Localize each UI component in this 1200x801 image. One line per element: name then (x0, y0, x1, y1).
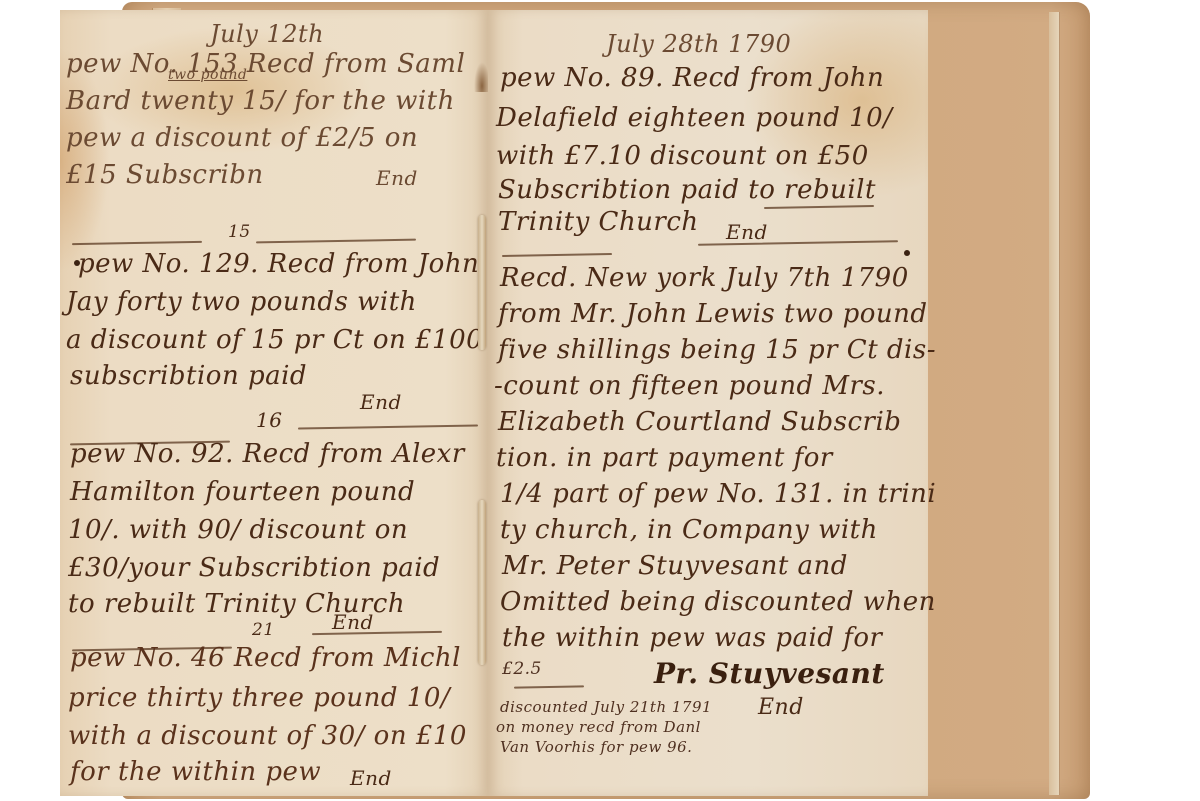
note-line: on money recd from Danl (496, 718, 701, 736)
entry-line: ty church, in Company with (500, 514, 878, 546)
separator-rule (514, 685, 584, 688)
entry-line: £15 Subscribn (66, 159, 264, 191)
entry-line: subscribtion paid (70, 360, 307, 392)
entry-line: from Mr. John Lewis two pound (498, 298, 928, 330)
entry-line: Jay forty two pounds with (66, 286, 417, 318)
entry-line: Subscribtion paid to rebuilt (498, 174, 876, 206)
separator-rule (256, 239, 416, 244)
entry-line: Elizabeth Courtland Subscrib (498, 406, 901, 438)
end-mark: End (758, 692, 804, 724)
right-page: July 28th 1790 pew No. 89. Recd from Joh… (488, 10, 928, 796)
entry-number: 16 (256, 408, 282, 432)
entry-line: £30/your Subscribtion paid (68, 552, 440, 584)
binding-stitch (478, 215, 486, 350)
entry-line: pew No. 153 Recd from Saml (66, 48, 465, 80)
right-page-heading: July 28th 1790 (606, 28, 791, 60)
left-page-heading: July 12th (210, 18, 324, 50)
entry-line: pew No. 129. Recd from John (78, 248, 479, 280)
entry-line: five shillings being 15 pr Ct dis- (498, 334, 936, 366)
entry-line: pew No. 46 Recd from Michl (70, 642, 461, 674)
entry-line: pew No. 92. Recd from Alexr (70, 438, 465, 470)
entry-line: the within pew was paid for (502, 622, 882, 654)
binding-stitch (478, 500, 486, 665)
entry-number: 15 (228, 222, 251, 242)
entry-line: Hamilton fourteen pound (70, 476, 415, 508)
separator-rule (502, 253, 612, 257)
entry-line: Delafield eighteen pound 10/ (496, 102, 892, 134)
entry-line: with a discount of 30/ on £10 (68, 720, 467, 752)
signature: Pr. Stuyvesant (654, 658, 885, 690)
entry-line: pew No. 89. Recd from John (500, 62, 884, 94)
entry-line: price thirty three pound 10/ (68, 682, 450, 714)
ink-dot (904, 250, 910, 256)
entry-line: Mr. Peter Stuyvesant and (502, 550, 848, 582)
entry-line: -count on fifteen pound Mrs. (494, 370, 885, 402)
amount-note: £2.5 (502, 660, 542, 678)
note-line: discounted July 21th 1791 (500, 698, 712, 716)
entry-number: 21 (252, 620, 275, 640)
separator-rule (298, 424, 478, 429)
entry-line: for the within pew (70, 756, 321, 788)
entry-line: Bard twenty 15/ for the with (66, 85, 455, 117)
end-mark: End (376, 162, 418, 194)
entry-line: pew a discount of £2/5 on (66, 122, 418, 154)
end-mark: End (350, 762, 392, 794)
entry-line: a discount of 15 pr Ct on £100 (66, 324, 483, 356)
entry-line: Trinity Church (498, 206, 699, 238)
separator-rule (72, 241, 202, 245)
end-mark: End (360, 386, 402, 418)
entry-line: Recd. New york July 7th 1790 (500, 262, 909, 294)
entry-line: with £7.10 discount on £50 (496, 140, 869, 172)
entry-line: 10/. with 90/ discount on (68, 514, 408, 546)
entry-line: tion. in part payment for (496, 442, 833, 474)
note-line: Van Voorhis for pew 96. (500, 738, 692, 756)
entry-line: Omitted being discounted when (500, 586, 936, 618)
left-page: July 12th two pound pew No. 153 Recd fro… (60, 10, 488, 796)
entry-line: 1/4 part of pew No. 131. in trini (500, 478, 936, 510)
